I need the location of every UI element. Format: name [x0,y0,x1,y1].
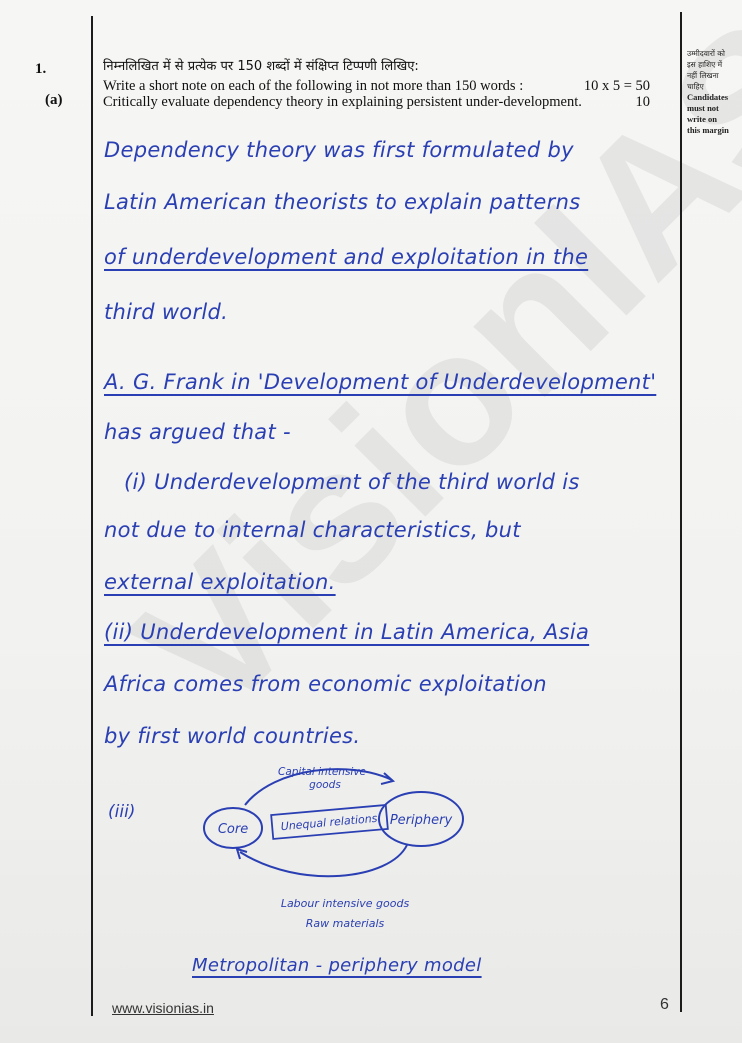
hindi-instruction: निम्नलिखित में से प्रत्येक पर 150 शब्दों… [103,56,419,74]
unequal-relations-label: Unequal relations [280,812,378,833]
top-arrow-label-1: Capital intensive [278,766,366,778]
margin-note-english-2: must not [687,103,741,114]
answer-line-8: not due to internal characteristics, but [104,518,521,542]
model-name: Metropolitan - periphery model [192,955,482,976]
answer-line-1: Dependency theory was first formulated b… [104,138,574,162]
answer-line-12: by first world countries. [104,724,360,748]
answer-line-4: third world. [104,300,228,324]
answer-line-2: Latin American theorists to explain patt… [104,190,580,214]
question-number: 1. [35,61,46,78]
bottom-arrow [240,845,407,876]
margin-note-english-4: this margin [687,125,741,136]
left-margin-rule [91,16,93,1016]
part-a-marks: 10 [636,94,651,111]
top-arrow-label-2: goods [309,779,341,791]
question-part-a-text: Critically evaluate dependency theory in… [103,94,582,111]
margin-note-hindi-1: उम्मीदवारों को [687,48,741,59]
periphery-label: Periphery [390,813,453,828]
english-instruction: Write a short note on each of the follow… [103,78,523,95]
answer-line-5: A. G. Frank in 'Development of Underdeve… [104,370,656,394]
answer-line-6: has argued that - [104,420,291,444]
answer-line-7: (i) Underdevelopment of the third world … [124,470,580,494]
margin-warning-note: उम्मीदवारों को इस हाशिए में नहीं लिखना च… [687,48,741,136]
margin-note-hindi-3: नहीं लिखना [687,70,741,81]
point-iii-label: (iii) [108,802,135,822]
margin-note-english-3: write on [687,114,741,125]
question-part-label: (a) [45,92,63,109]
page-number: 6 [660,996,669,1014]
margin-note-hindi-2: इस हाशिए में [687,59,741,70]
answer-line-9: external exploitation. [104,570,336,594]
answer-line-10: (ii) Underdevelopment in Latin America, … [104,620,589,644]
bottom-arrow-label-1: Labour intensive goods [281,897,410,910]
total-marks: 10 x 5 = 50 [584,78,650,95]
right-margin-rule [680,12,682,1012]
margin-note-hindi-4: चाहिए [687,81,741,92]
website-link[interactable]: www.visionias.in [112,1000,214,1016]
core-label: Core [218,822,248,837]
answer-line-3: of underdevelopment and exploitation in … [104,245,588,269]
bottom-arrow-label-2: Raw materials [306,917,385,930]
margin-note-english-1: Candidates [687,92,741,103]
core-periphery-diagram: (iii) Core Periphery Unequal relations C… [100,755,520,935]
answer-line-11: Africa comes from economic exploitation [104,672,547,696]
